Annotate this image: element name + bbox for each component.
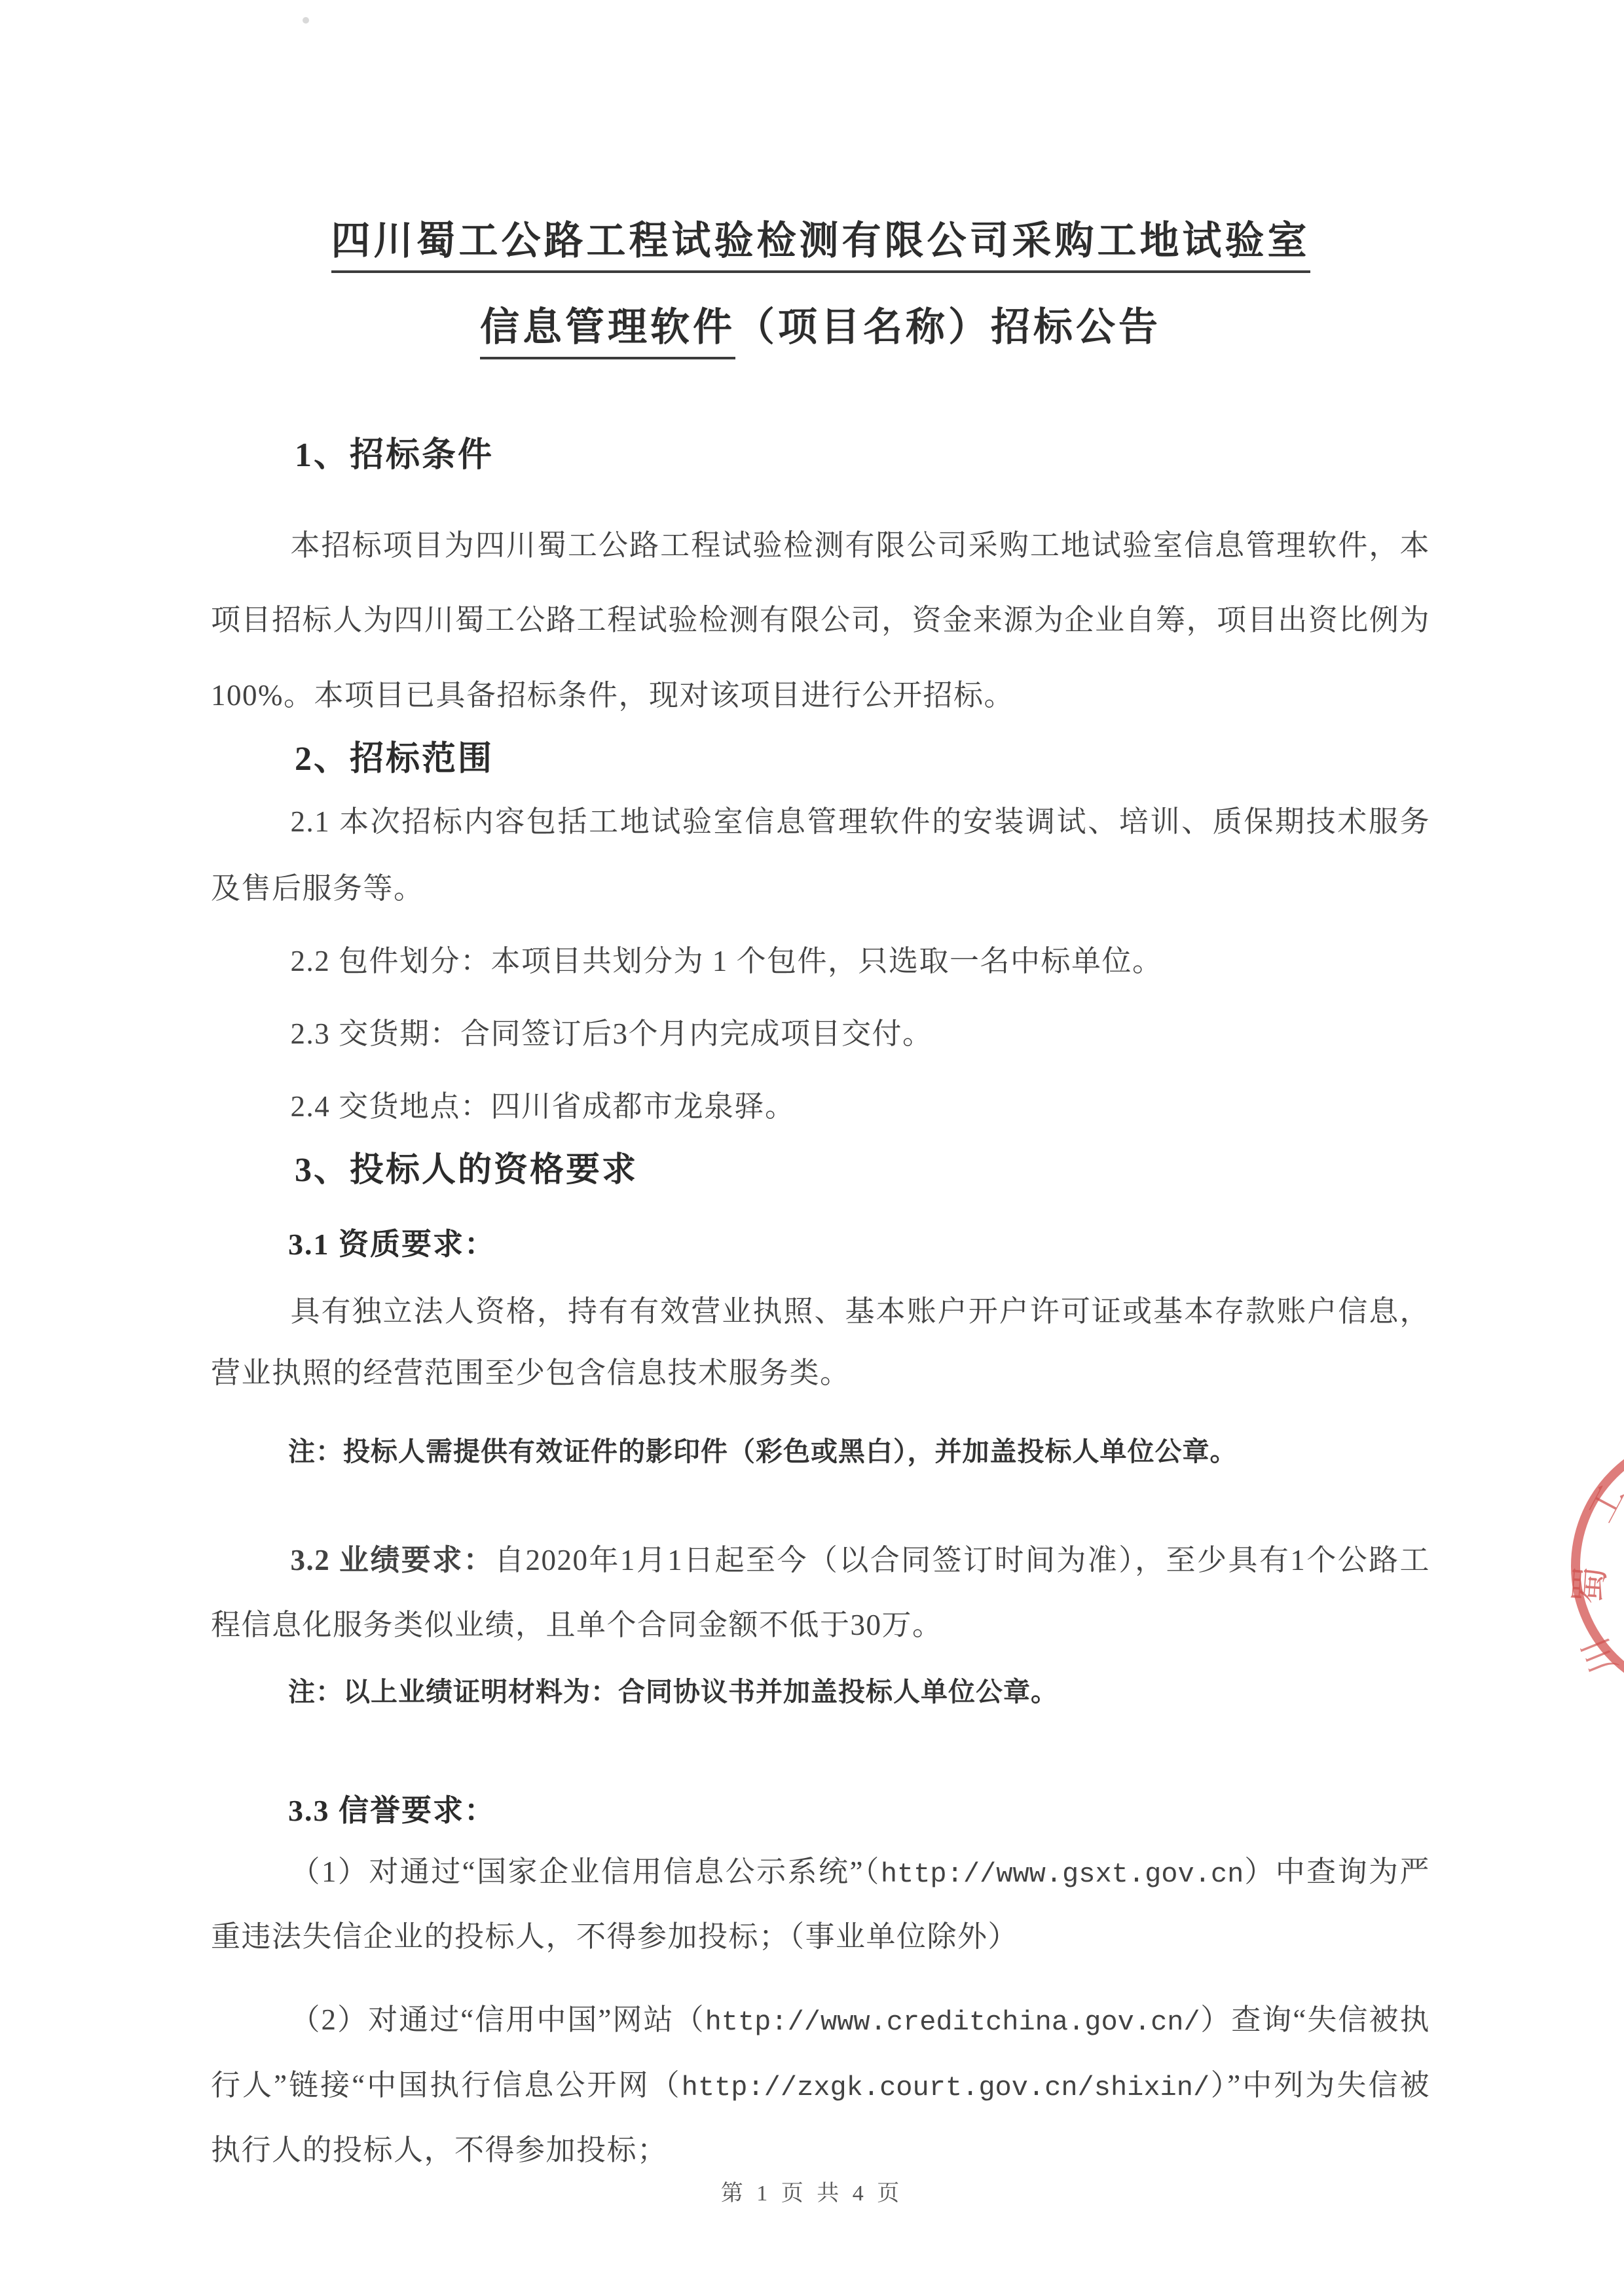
red-seal-stamp: 工 蜀 川	[1566, 1432, 1624, 1721]
title-underlined-part: 信息管理软件	[480, 306, 735, 359]
title-rest-part: （项目名称）招标公告	[735, 306, 1161, 349]
document-page: 四川蜀工公路工程试验检测有限公司采购工地试验室 信息管理软件（项目名称）招标公告…	[0, 0, 1624, 2296]
section-3-3-heading: 3.3 信誉要求：	[211, 1790, 1430, 1832]
seal-char: 蜀	[1568, 1565, 1613, 1606]
seal-circle	[1576, 1436, 1624, 1696]
section-2-heading: 2、招标范围	[211, 737, 1430, 782]
section-2-item-2: 2.2 包件划分：本项目共划分为 1 个包件，只选取一名中标单位。	[211, 928, 1430, 994]
section-2-item-1: 2.1 本次招标内容包括工地试验室信息管理软件的安装调试、培训、质保期技术服务及…	[211, 789, 1430, 922]
seal-char: 工	[1581, 1479, 1624, 1529]
url-text: http://zxgk.court.gov.cn/shixin/	[682, 2072, 1210, 2104]
url-text: http://www.gsxt.gov.cn	[881, 1859, 1244, 1890]
title-line-1: 四川蜀工公路工程试验检测有限公司采购工地试验室	[211, 221, 1430, 261]
section-3-3-item-1: （1）对通过“国家企业信用信息公示系统”（http://www.gsxt.gov…	[211, 1840, 1430, 1969]
section-3-2-note: 注：以上业绩证明材料为：合同协议书并加盖投标人单位公章。	[211, 1672, 1430, 1713]
url-text: http://www.creditchina.gov.cn/	[705, 2007, 1200, 2038]
section-3-3-item-2: （2）对通过“信用中国”网站（http://www.creditchina.go…	[211, 1988, 1430, 2183]
section-3-2-lead: 3.2 业绩要求：	[291, 1544, 495, 1576]
section-1-paragraph: 本招标项目为四川蜀工公路工程试验检测有限公司采购工地试验室信息管理软件，本项目招…	[211, 508, 1430, 733]
document-content: 四川蜀工公路工程试验检测有限公司采购工地试验室 信息管理软件（项目名称）招标公告…	[211, 221, 1430, 2183]
section-3-1-paragraph: 具有独立法人资格，持有有效营业执照、基本账户开户许可证或基本存款账户信息，营业执…	[211, 1281, 1430, 1404]
section-2-item-3: 2.3 交货期：合同签订后3个月内完成项目交付。	[211, 1001, 1430, 1067]
section-3-1-heading: 3.1 资质要求：	[211, 1224, 1430, 1266]
section-1-heading: 1、招标条件	[211, 433, 1430, 478]
title-line-2: 信息管理软件（项目名称）招标公告	[211, 308, 1430, 347]
section-3-1-note: 注：投标人需提供有效证件的影印件（彩色或黑白），并加盖投标人单位公章。	[211, 1432, 1430, 1472]
section-3-2-paragraph: 3.2 业绩要求：自2020年1月1日起至今（以合同签订时间为准），至少具有1个…	[211, 1528, 1430, 1658]
section-2-item-4: 2.4 交货地点：四川省成都市龙泉驿。	[211, 1074, 1430, 1140]
document-title: 四川蜀工公路工程试验检测有限公司采购工地试验室 信息管理软件（项目名称）招标公告	[211, 221, 1430, 347]
seal-char: 川	[1575, 1631, 1624, 1679]
section-3-heading: 3、投标人的资格要求	[211, 1148, 1430, 1193]
page-number: 第 1 页 共 4 页	[0, 2175, 1624, 2207]
scan-artifact	[303, 17, 309, 24]
